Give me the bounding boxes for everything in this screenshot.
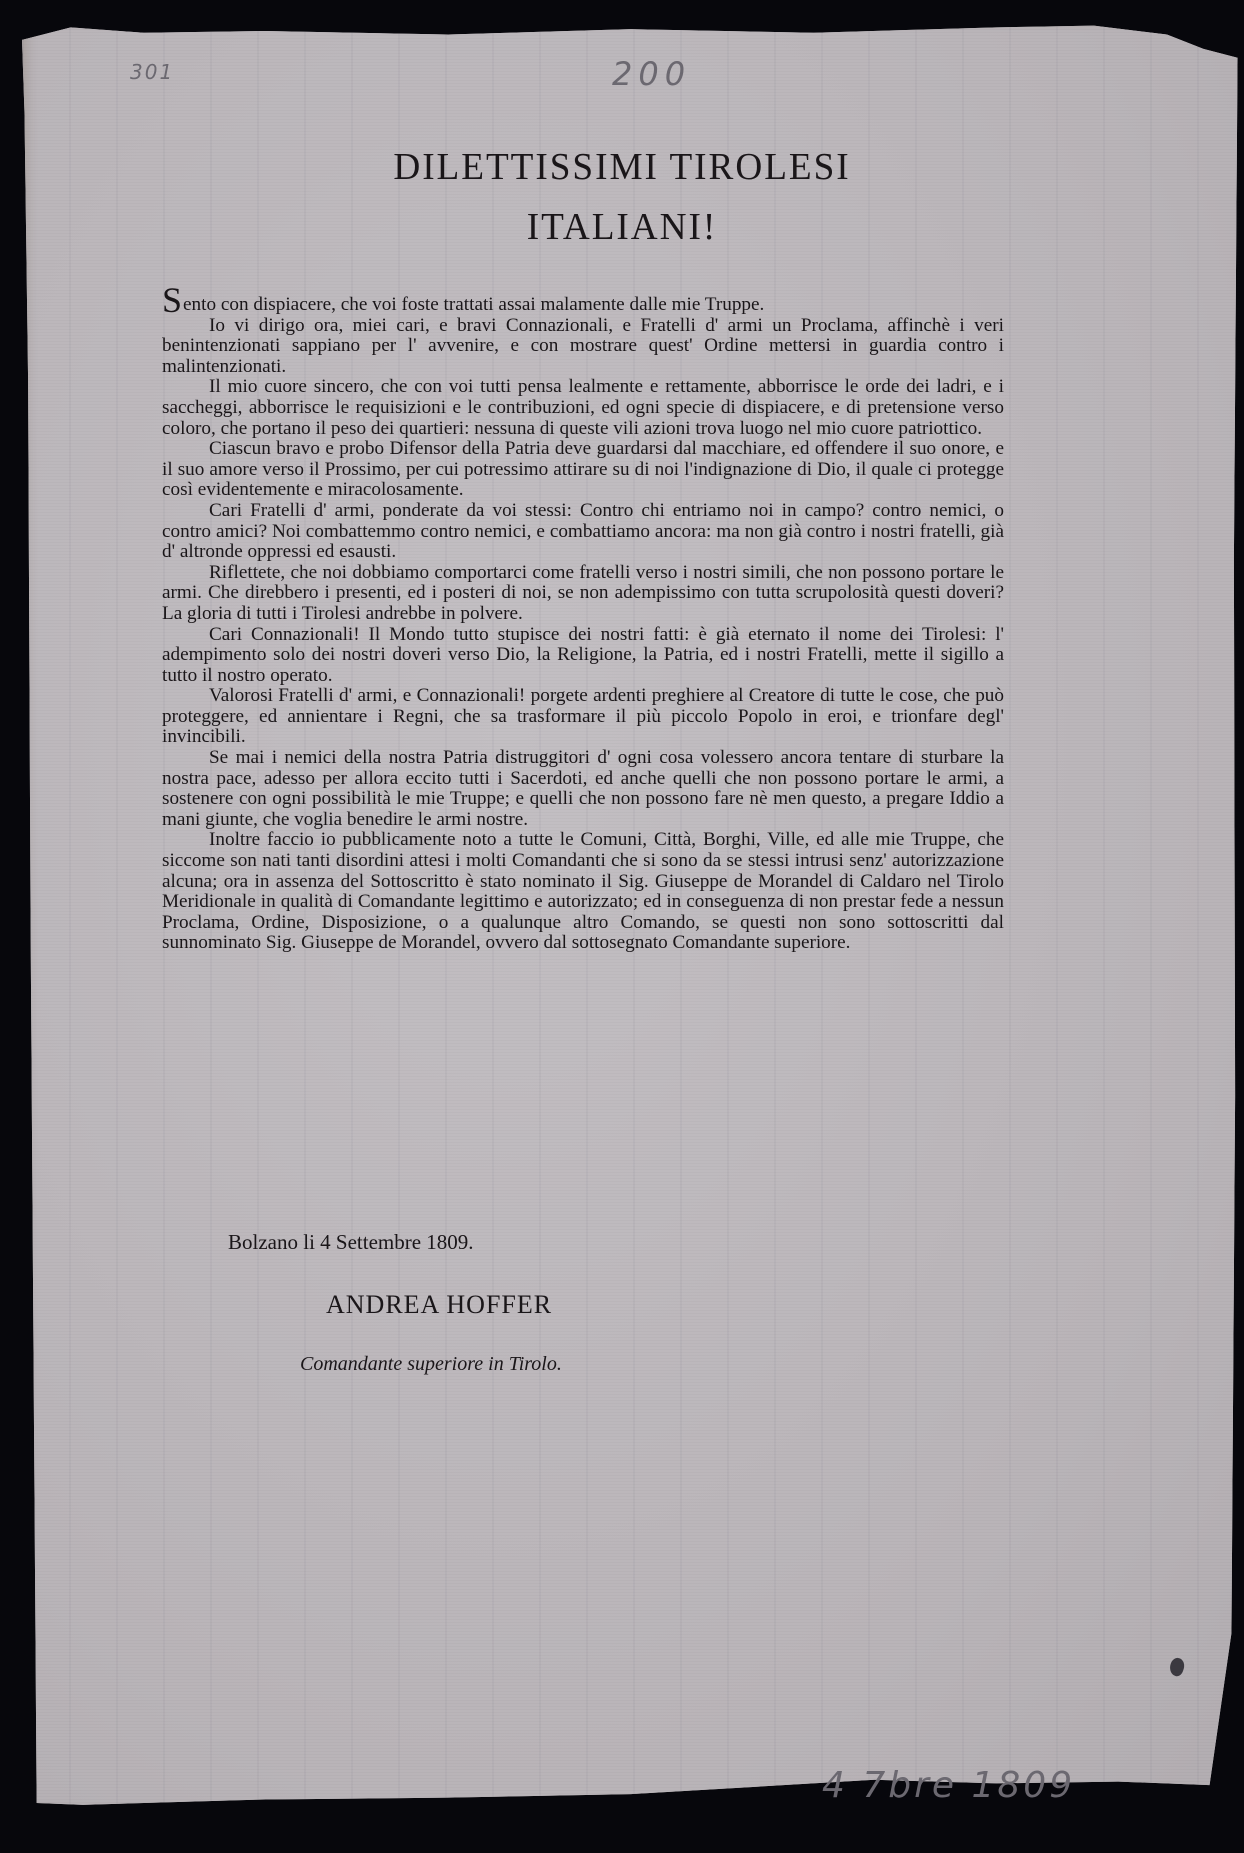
paragraph-2: Io vi dirigo ora, miei cari, e bravi Con…: [162, 316, 1004, 378]
paragraph-6: Riflettete, che noi dobbiamo comportarci…: [162, 563, 1004, 625]
pencil-note-page-number: 200: [612, 55, 691, 93]
signature-name: ANDREA HOFFER: [326, 1290, 552, 1320]
pencil-note-date: 4 7bre 1809: [822, 1765, 1075, 1806]
dateline: Bolzano li 4 Settembre 1809.: [228, 1230, 474, 1255]
title-line-1: DILETTISSIMI TIROLESI: [12, 145, 1231, 189]
drop-cap: S: [162, 280, 182, 320]
pencil-note-archive-number: 301: [130, 60, 174, 84]
paragraph-3: Il mio cuore sincero, che con voi tutti …: [162, 377, 1004, 439]
paragraph-9: Se mai i nemici della nostra Patria dist…: [162, 748, 1004, 830]
proclamation-body: Sento con dispiacere, che voi foste trat…: [162, 290, 1004, 954]
paragraph-8: Valorosi Fratelli d' armi, e Connazional…: [162, 686, 1004, 748]
paragraph-1: Sento con dispiacere, che voi foste trat…: [162, 290, 1004, 316]
paragraph-5: Cari Fratelli d' armi, ponderate da voi …: [162, 501, 1004, 563]
paragraph-10: Inoltre faccio io pubblicamente noto a t…: [162, 830, 1004, 954]
paragraph-4: Ciascun bravo e probo Difensor della Pat…: [162, 439, 1004, 501]
signature-role: Comandante superiore in Tirolo.: [300, 1353, 562, 1376]
paragraph-7: Cari Connazionali! Il Mondo tutto stupis…: [162, 625, 1004, 687]
title-line-2: ITALIANI!: [12, 205, 1231, 249]
